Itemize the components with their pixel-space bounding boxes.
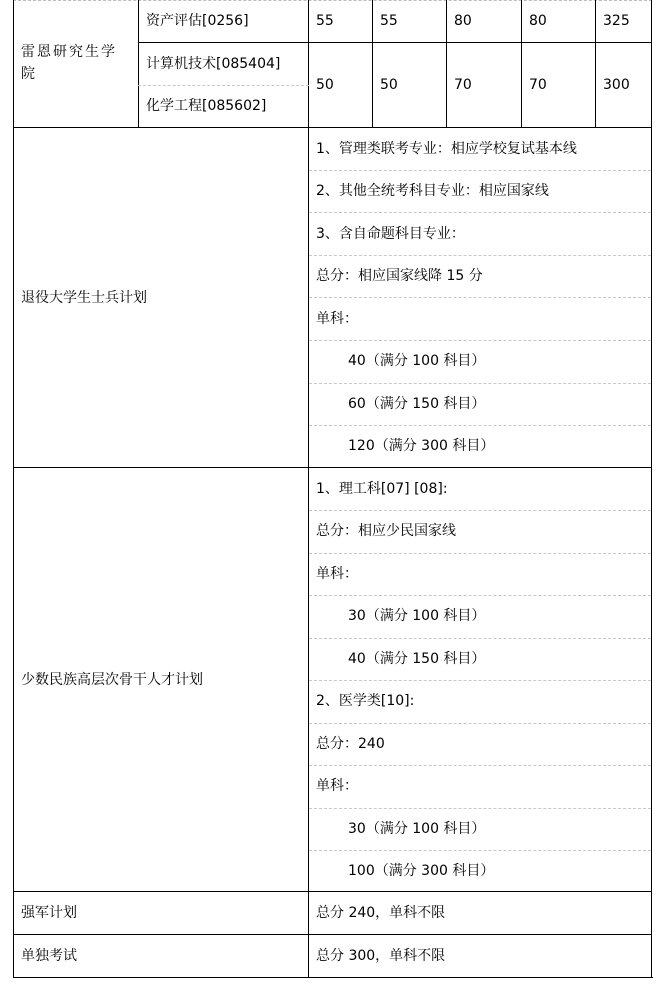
score-asset-total: 325: [603, 12, 630, 30]
row-divider-army-end: [13, 934, 652, 935]
score-cs-chem-3: 70: [454, 76, 472, 94]
row-divider-asset: [138, 42, 652, 43]
soldiers-line-7: 60（满分 150 科目）: [348, 395, 485, 413]
col-divider-college: [138, 0, 139, 127]
minority-line-sep-4: [309, 638, 651, 639]
score-cs-chem-total: 300: [603, 76, 630, 94]
score-asset-2: 55: [380, 12, 398, 30]
score-asset-4: 80: [529, 12, 547, 30]
table-top-dashed-border: [13, 0, 652, 1]
score-cs-chem-2: 50: [380, 76, 398, 94]
score-cs-chem-4: 70: [529, 76, 547, 94]
soldiers-line-sep-1: [309, 170, 651, 171]
college-name-line2: 院: [21, 65, 35, 83]
score-asset-1: 55: [316, 12, 334, 30]
col-divider-score-3: [521, 0, 522, 127]
minority-line-1: 1、理工科[07] [08]:: [316, 480, 448, 498]
independent-exam-value: 总分 300，单科不限: [316, 947, 445, 965]
soldiers-line-1: 1、管理类联考专业：相应学校复试基本线: [316, 140, 577, 158]
col-divider-score-4: [595, 0, 596, 127]
soldiers-line-8: 120（满分 300 科目）: [348, 437, 494, 455]
score-asset-3: 80: [454, 12, 472, 30]
table-right-border: [651, 0, 652, 978]
independent-exam-label: 单独考试: [21, 947, 77, 965]
soldiers-line-6: 40（满分 100 科目）: [348, 352, 485, 370]
soldiers-line-5: 单科：: [316, 310, 358, 328]
major-computer-technology: 计算机技术[085404]: [146, 55, 280, 73]
row-divider-dashed-majors: [138, 85, 309, 86]
soldiers-line-sep-2: [309, 212, 651, 213]
soldiers-line-sep-6: [309, 383, 651, 384]
minority-program-label: 少数民族高层次骨干人才计划: [21, 671, 203, 689]
minority-line-sep-7: [309, 765, 651, 766]
soldiers-line-3: 3、含自命题科目专业：: [316, 225, 465, 243]
minority-line-sep-1: [309, 510, 651, 511]
soldiers-line-2: 2、其他全统考科目专业：相应国家线: [316, 182, 549, 200]
major-asset-evaluation: 资产评估[0256]: [146, 12, 249, 30]
minority-line-2: 总分：相应少民国家线: [316, 522, 456, 540]
row-divider-college-end: [13, 127, 652, 128]
col-divider-score-1: [372, 0, 373, 127]
minority-line-4: 30（满分 100 科目）: [348, 607, 485, 625]
table-bottom-border: [13, 977, 653, 978]
minority-line-3: 单科：: [316, 565, 358, 583]
minority-line-sep-8: [309, 808, 651, 809]
minority-line-7: 总分：240: [316, 735, 385, 753]
minority-line-sep-3: [309, 595, 651, 596]
col-divider-score-2: [446, 0, 447, 127]
soldiers-line-sep-5: [309, 340, 651, 341]
minority-line-sep-5: [309, 680, 651, 681]
minority-line-5: 40（满分 150 科目）: [348, 650, 485, 668]
col-divider-main: [308, 0, 309, 978]
row-divider-soldiers-end: [13, 467, 652, 468]
minority-line-sep-6: [309, 723, 651, 724]
college-name-line1: 雷恩研究生学: [21, 43, 117, 61]
retired-soldiers-label: 退役大学生士兵计划: [21, 289, 147, 307]
minority-line-10: 100（满分 300 科目）: [348, 862, 494, 880]
strong-army-label: 强军计划: [21, 904, 77, 922]
score-cs-chem-1: 50: [316, 76, 334, 94]
soldiers-line-4: 总分：相应国家线降 15 分: [316, 267, 483, 285]
minority-line-8: 单科：: [316, 777, 358, 795]
table-left-border: [13, 0, 14, 978]
row-divider-minority-end: [13, 891, 652, 892]
soldiers-line-sep-4: [309, 297, 651, 298]
minority-line-sep-9: [309, 850, 651, 851]
soldiers-line-sep-3: [309, 255, 651, 256]
minority-line-6: 2、医学类[10]:: [316, 692, 414, 710]
strong-army-value: 总分 240，单科不限: [316, 904, 445, 922]
minority-line-9: 30（满分 100 科目）: [348, 820, 485, 838]
minority-line-sep-2: [309, 553, 651, 554]
major-chemical-engineering: 化学工程[085602]: [146, 97, 266, 115]
soldiers-line-sep-7: [309, 425, 651, 426]
